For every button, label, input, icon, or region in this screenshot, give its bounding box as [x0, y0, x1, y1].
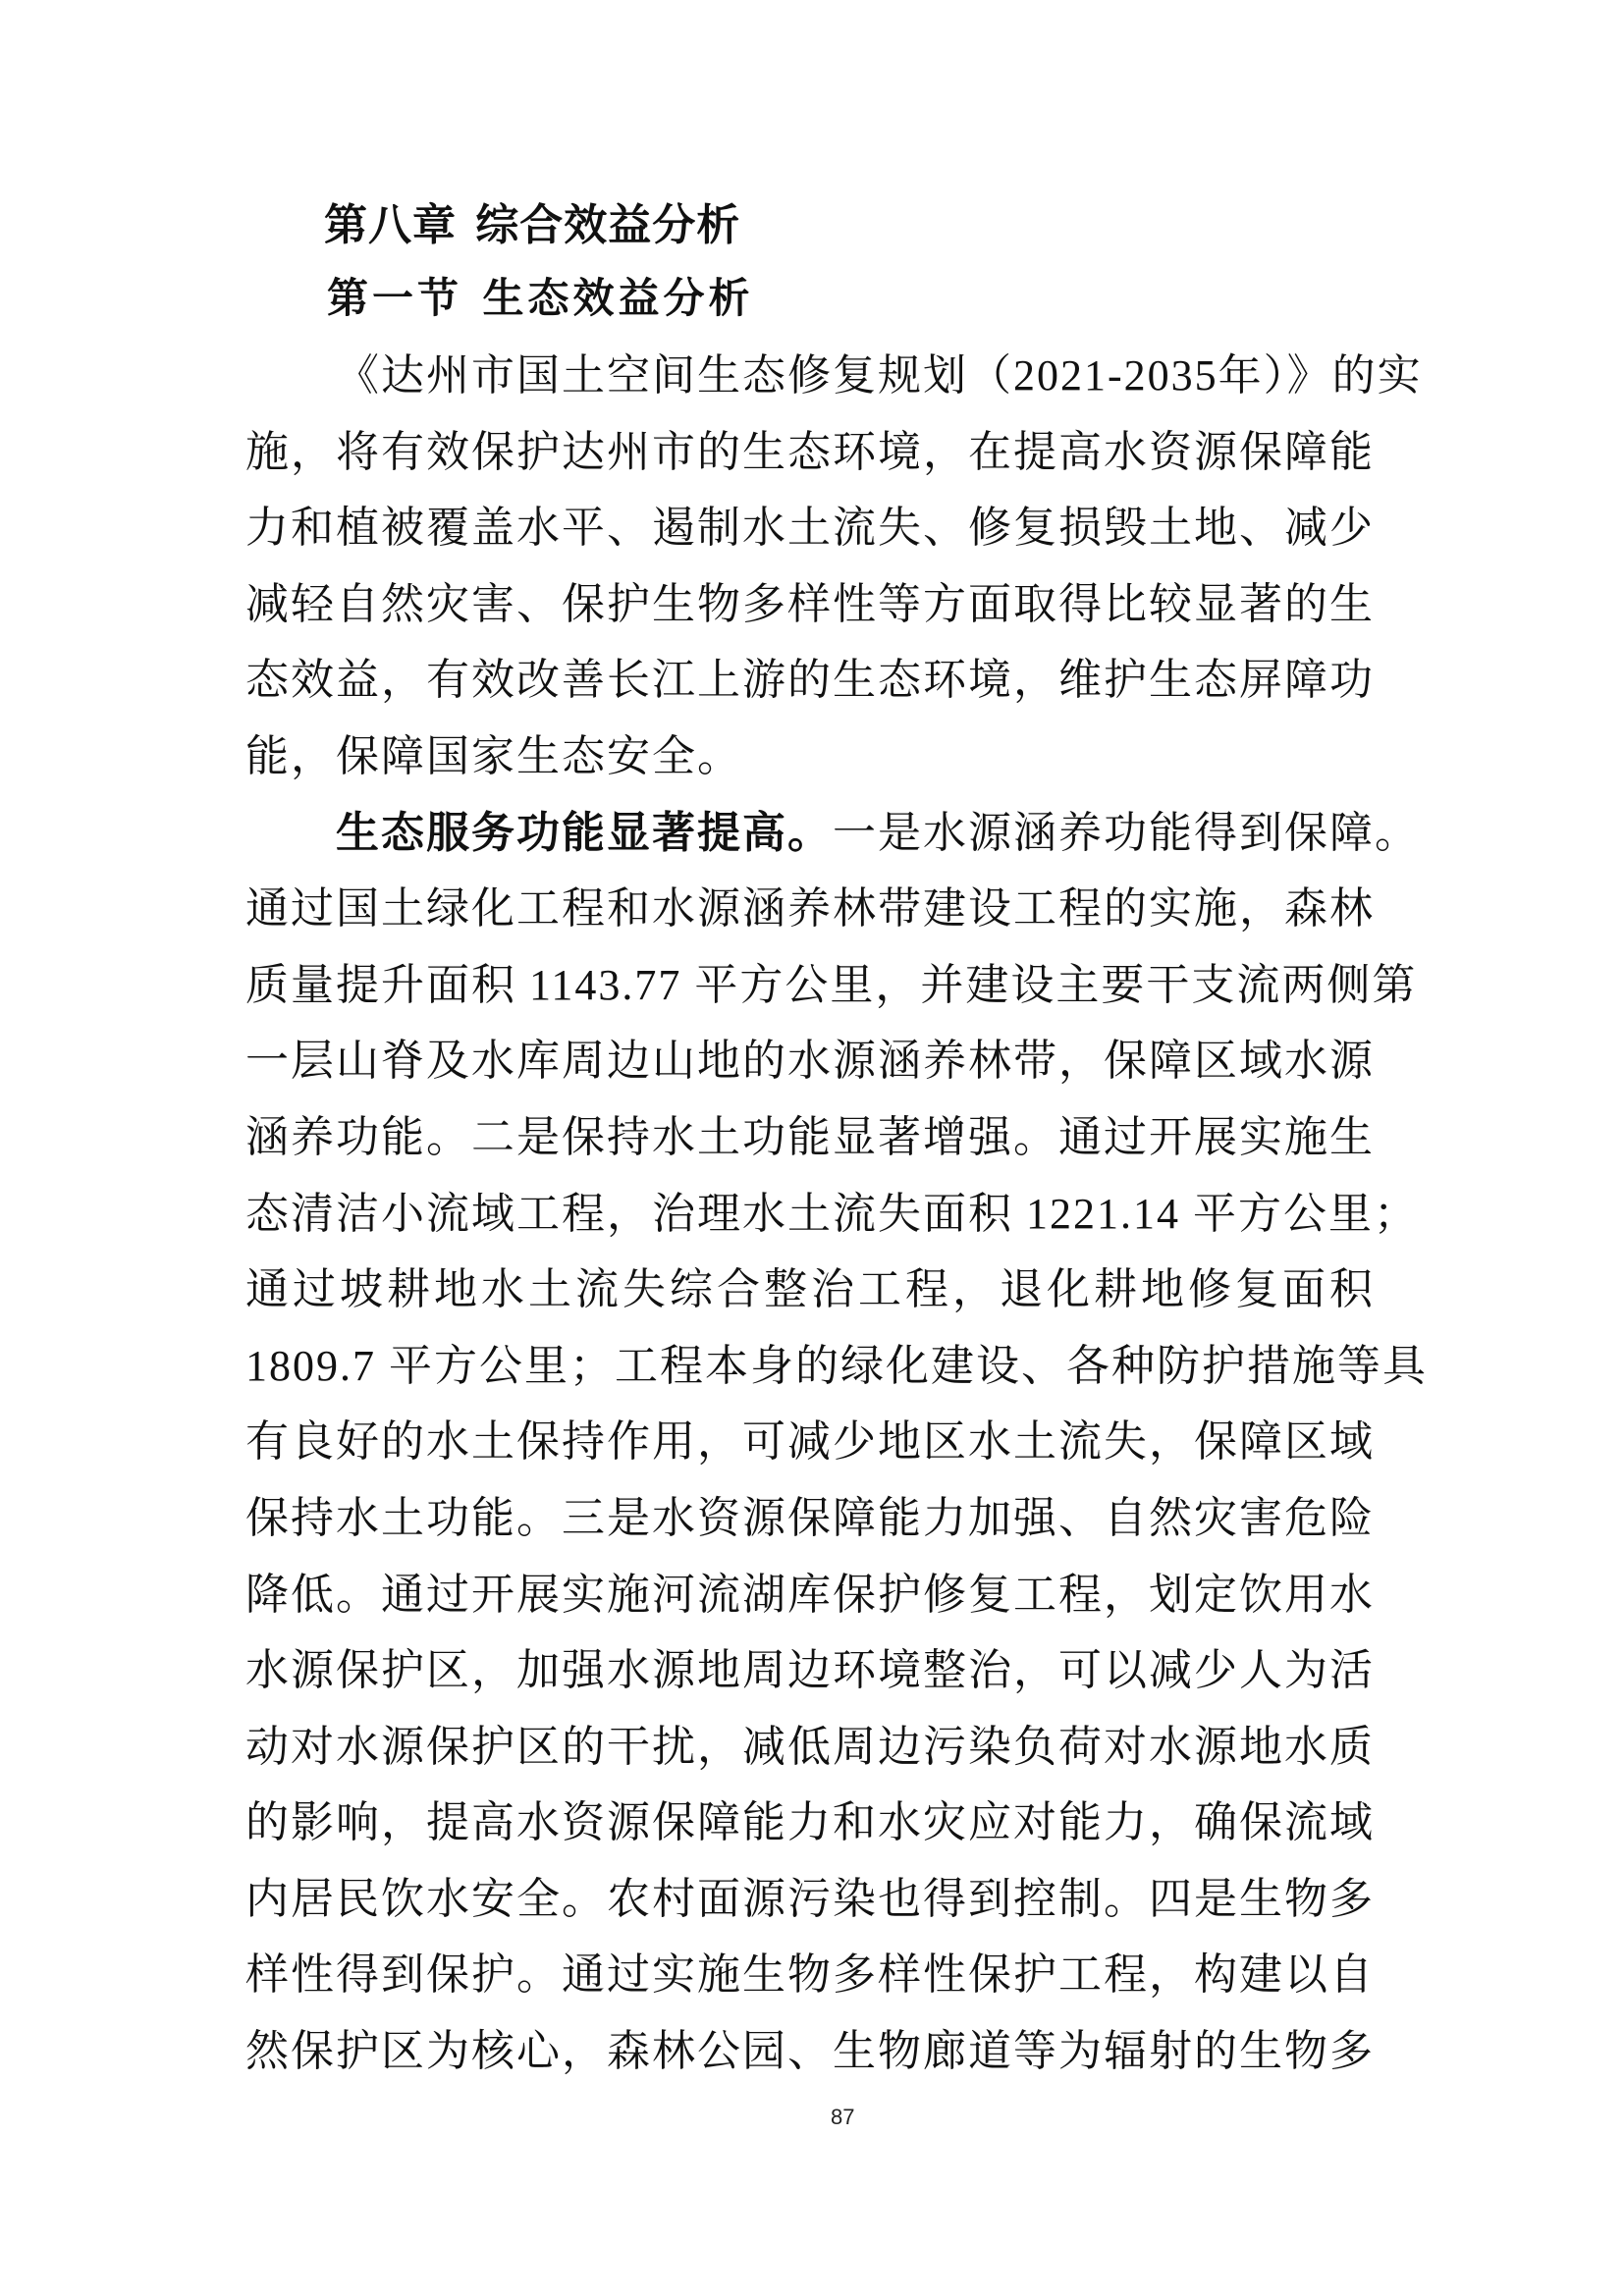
paragraph-1-line: 力和植被覆盖水平、遏制水土流失、修复损毁土地、减少: [245, 490, 1375, 566]
paragraph-1-line: 《达州市国土空间生态修复规划（2021-2035年）》的实: [245, 338, 1375, 414]
body-text: 《达州市国土空间生态修复规划（2021-2035年）》的实 施，将有效保护达州市…: [245, 338, 1375, 2090]
paragraph-1-line: 减轻自然灾害、保护生物多样性等方面取得比较显著的生: [245, 566, 1375, 643]
chapter-title: 第八章 综合效益分析: [324, 200, 740, 251]
paragraph-2-line: 态清洁小流域工程，治理水土流失面积 1221.14 平方公里；: [245, 1176, 1375, 1253]
paragraph-2-line: 通过国土绿化工程和水源涵养林带建设工程的实施，森林: [245, 871, 1375, 947]
paragraph-2-line: 的影响，提高水资源保障能力和水灾应对能力，确保流域: [245, 1785, 1375, 1861]
paragraph-2-line: 有良好的水土保持作用，可减少地区水土流失，保障区域: [245, 1404, 1375, 1480]
paragraph-2-line: 一层山脊及水库周边山地的水源涵养林带，保障区域水源: [245, 1023, 1375, 1099]
paragraph-2-line: 降低。通过开展实施河流湖库保护修复工程，划定饮用水: [245, 1557, 1375, 1633]
paragraph-2-line: 水源保护区，加强水源地周边环境整治，可以减少人为活: [245, 1632, 1375, 1709]
paragraph-2-line: 保持水土功能。三是水资源保障能力加强、自然灾害危险: [245, 1480, 1375, 1557]
paragraph-2-line: 质量提升面积 1143.77 平方公里，并建设主要干支流两侧第: [245, 947, 1375, 1024]
page-number: 87: [831, 2103, 854, 2132]
paragraph-2-line: 涵养功能。二是保持水土功能显著增强。通过开展实施生: [245, 1099, 1375, 1176]
paragraph-2-line: 通过坡耕地水土流失综合整治工程，退化耕地修复面积: [245, 1252, 1375, 1328]
paragraph-2-line: 动对水源保护区的干扰，减低周边污染负荷对水源地水质: [245, 1709, 1375, 1786]
paragraph-2-first-line: 生态服务功能显著提高。一是水源涵养功能得到保障。: [245, 795, 1404, 872]
paragraph-1-line: 态效益，有效改善长江上游的生态环境，维护生态屏障功: [245, 642, 1375, 719]
paragraph-2-line: 然保护区为核心，森林公园、生物廊道等为辐射的生物多: [245, 2013, 1375, 2090]
paragraph-2-lead: 生态服务功能显著提高。: [336, 809, 833, 857]
paragraph-2-line-text: 一是水源涵养功能得到保障。: [833, 809, 1420, 857]
section-title: 第一节 生态效益分析: [327, 274, 754, 325]
paragraph-1-line: 能，保障国家生态安全。: [245, 719, 1375, 795]
paragraph-2-line: 1809.7 平方公里；工程本身的绿化建设、各种防护措施等具: [245, 1328, 1375, 1405]
paragraph-1-line: 施，将有效保护达州市的生态环境，在提高水资源保障能: [245, 414, 1375, 491]
paragraph-2-line: 样性得到保护。通过实施生物多样性保护工程，构建以自: [245, 1937, 1375, 2013]
paragraph-2-line: 内居民饮水安全。农村面源污染也得到控制。四是生物多: [245, 1861, 1375, 1938]
